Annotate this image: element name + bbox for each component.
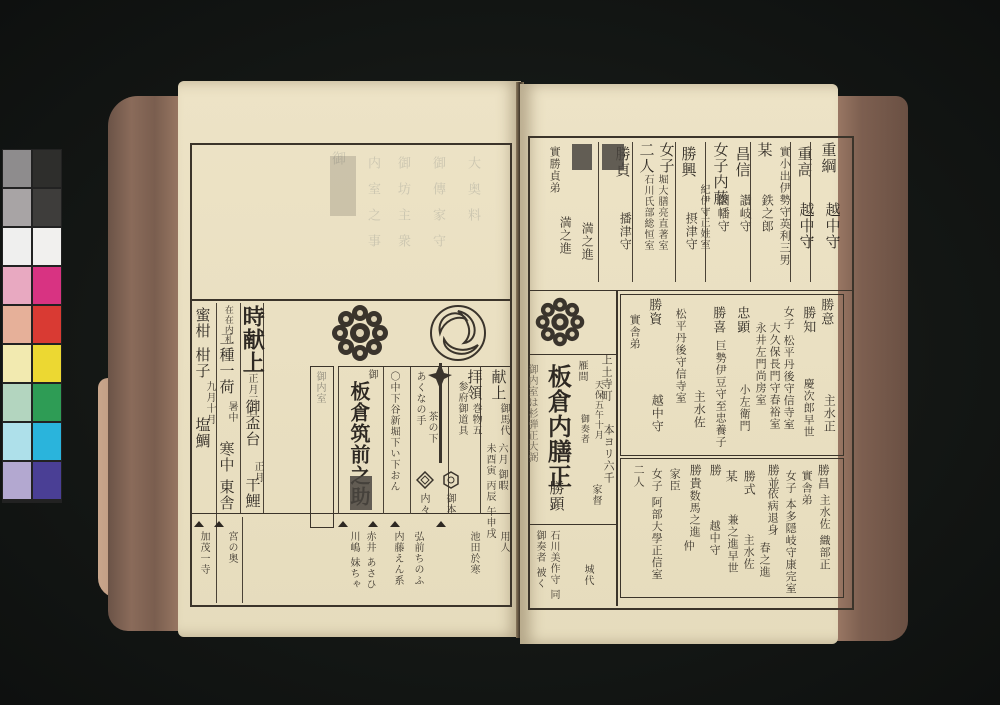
residence-note: 〇中下谷新堀下い下おん — [388, 371, 399, 492]
genealogy-title: 越中守 — [708, 520, 720, 556]
genealogy-note: 實舎弟 — [800, 470, 812, 506]
genealogy-title: 越中守 — [650, 394, 663, 433]
right-page: 重綱 越中守 重高 越中守 實小出伊勢守英利三男 某 鉄之郎 昌信 讃岐守 女子… — [520, 84, 838, 644]
rank-label: 雁間 — [576, 360, 587, 382]
genealogy-title: 越中守 — [824, 202, 841, 250]
color-swatch — [33, 384, 61, 421]
left-header-divider — [190, 299, 512, 301]
genealogy-heading: 勝知 — [800, 306, 814, 334]
color-swatch — [33, 462, 61, 499]
genealogy-note: 家臣 — [668, 468, 680, 492]
genealogy-note: 紀伊守正姓室 — [698, 184, 709, 250]
bleed-through-text: 内 室 之 事 — [363, 156, 382, 296]
genealogy-heading: 忠顕 — [734, 306, 748, 334]
offering-item: 御盃台 — [244, 399, 261, 447]
color-swatch — [33, 423, 61, 460]
calendar-note: 未酉寅 丙辰 午申戌 — [484, 443, 495, 539]
seal-stamp — [602, 144, 624, 170]
genealogy-heading: 某 — [756, 142, 773, 158]
genealogy-note: 永井左門尚房室 — [754, 322, 766, 406]
genealogy-note: 女子 本多隠岐守康完室 — [784, 470, 796, 595]
small-crest-note: 内々 — [418, 493, 429, 515]
left-fore-edge — [108, 96, 186, 631]
genealogy-note: 女子 松平丹後守信寺室 — [782, 306, 794, 431]
genealogy-title: 播津守 — [618, 212, 631, 251]
color-swatch — [33, 189, 61, 226]
color-swatch — [33, 267, 61, 304]
genealogy-heading: 勝昌 — [816, 464, 829, 490]
genealogy-heading: 勝並 — [766, 464, 779, 490]
flower-crest-icon — [534, 296, 586, 348]
offering-col-3: 蜜柑 — [194, 307, 211, 339]
hexagon-crest-icon — [442, 471, 460, 489]
bottom-entry: 池田於寒 — [468, 531, 479, 575]
genealogy-title: 満之進 — [580, 222, 593, 261]
color-calibration-strip — [2, 149, 62, 503]
genealogy-title: 仲 — [682, 540, 694, 552]
genealogy-title: 因幡守 — [716, 194, 729, 233]
bottom-entry: 赤井 あさひ — [364, 531, 375, 590]
genealogy-note: 巨勢伊豆守至忠養子 — [714, 340, 726, 448]
kenjo-items: 御馬代 — [498, 403, 509, 436]
lord-honorific: 御 — [366, 369, 377, 380]
color-swatch — [33, 345, 61, 382]
calendar-note-2: 六月 御暇 — [496, 443, 507, 491]
offering-fish: 干鯉 — [244, 477, 261, 509]
color-swatch — [3, 462, 31, 499]
kenjo-sub-items: 巻物五 — [470, 403, 481, 436]
main-lord-name: 板倉内膳正 — [544, 364, 570, 489]
inner-chamber-label: 御内室 — [314, 371, 325, 404]
genealogy-note: 堀大膳亮直著室 — [656, 174, 667, 251]
genealogy-heading: 勝貴 — [688, 464, 701, 490]
color-swatch — [3, 228, 31, 265]
tomoe-crest-icon — [428, 303, 488, 363]
kenjo-sub: 拝領 — [466, 369, 483, 401]
genealogy-note: 慶次郎早世 — [802, 378, 814, 438]
bleed-through-text: 御 坊 主 衆 — [393, 156, 412, 296]
color-swatch — [33, 150, 61, 187]
genealogy-heading: 二人 — [632, 464, 644, 488]
standard-note: 茶の下 — [426, 411, 437, 444]
offering-col-2-tail: 寒中 東舎 — [218, 441, 235, 511]
kenjo-title: 献上 — [490, 369, 507, 401]
genealogy-note: 小左衛門 — [738, 384, 750, 432]
genealogy-heading: 女子 — [658, 142, 675, 174]
genealogy-note: 数馬之進 — [688, 490, 700, 538]
genealogy-note: 主水佐 織部正 — [818, 494, 830, 571]
color-swatch — [3, 150, 31, 187]
color-swatch — [33, 306, 61, 343]
genealogy-note: 實勝貞弟 — [548, 146, 560, 194]
color-swatch — [3, 345, 31, 382]
flower-crest-icon — [330, 303, 390, 363]
genealogy-note: 依病退身 — [766, 488, 778, 536]
residence-label: あくなの手 — [414, 371, 425, 426]
genealogy-note: 大久保長門守春裕室 — [768, 322, 780, 430]
open-book: 御 内 室 之 事 御 坊 主 衆 御 傳 家 守 大 奥 料 時献上 正月三日… — [108, 78, 908, 638]
seal-stamp — [572, 144, 592, 170]
bottom-entry: 弘前ちのふ — [412, 531, 423, 586]
genealogy-heading: 勝意 — [818, 298, 832, 326]
color-swatch — [3, 189, 31, 226]
genealogy-title: 摂津守 — [684, 212, 697, 251]
bleed-through-text: 大 奥 料 — [463, 156, 482, 296]
color-swatch — [33, 228, 61, 265]
genealogy-heading: 二人 — [638, 142, 655, 174]
bleed-through-stamp — [330, 156, 356, 216]
genealogy-note: 實小出伊勢守英利三男 — [778, 146, 790, 266]
stipend: 本ヨリ六千 — [602, 424, 614, 484]
genealogy-note: 實舎弟 — [628, 314, 640, 350]
color-swatch — [3, 423, 31, 460]
appointment-note: 御奏者 — [578, 414, 588, 444]
genealogy-title: 主水佐 — [742, 534, 754, 570]
genealogy-note: 女子 阿部大學正信室 — [650, 468, 662, 581]
genealogy-heading: 某 — [724, 470, 737, 483]
bottom-note-2: 御奏者 被く — [534, 530, 545, 589]
bottom-entry: 川嶋 妹ちゃ — [348, 531, 359, 590]
genealogy-title: 鉄之郎 — [760, 194, 773, 233]
offering-col-2-note: 暑中 — [226, 401, 237, 423]
seal-stamp — [350, 476, 372, 510]
small-crest-note: 御本 — [444, 493, 455, 515]
main-lord-given-name: 勝顕 — [548, 480, 565, 512]
bottom-note: 石川美作守 同 — [548, 530, 559, 600]
offering-col-2: 二種一荷 — [218, 331, 235, 395]
bottom-entry: 加茂一寺 — [198, 531, 209, 575]
wife-note: 御内室は杉弾正大弼 — [526, 364, 537, 463]
castle-warden: 城代 — [582, 564, 593, 586]
left-page: 御 内 室 之 事 御 坊 主 衆 御 傳 家 守 大 奥 料 時献上 正月三日… — [178, 81, 521, 637]
genealogy-heading: 勝喜 — [710, 306, 724, 334]
genealogy-title: 主水正 — [822, 394, 835, 433]
genealogy-heading: 重綱 — [820, 142, 837, 174]
offering-title: 時献上 — [240, 305, 264, 374]
genealogy-heading: 勝式 — [742, 470, 755, 496]
genealogy-heading: 勝資 — [646, 298, 660, 326]
color-swatch — [3, 384, 31, 421]
bottom-entry: 内藤えん系 — [392, 531, 403, 586]
color-swatch — [3, 267, 31, 304]
genealogy-note: 石川氏部総恒室 — [642, 174, 653, 251]
genealogy-title: 兼之進早世 — [726, 514, 738, 574]
bottom-small: 用人 — [498, 531, 509, 553]
inheritance-note: 家督 — [590, 484, 601, 506]
offering-col-3b: 柑子 — [194, 347, 211, 379]
genealogy-title: 満之進 — [558, 216, 571, 255]
bleed-through-text: 御 傳 家 守 — [428, 156, 447, 296]
genealogy-note: 松平丹後守信寺室 — [674, 308, 686, 404]
residence: 上土寺町 — [600, 354, 612, 402]
offering-col-3-tail: 塩鯛 — [194, 417, 211, 449]
genealogy-title: 越中守 — [798, 202, 815, 250]
bottom-entry: 宮の奥 — [226, 531, 237, 564]
genealogy-heading: 昌信 — [734, 146, 751, 178]
color-swatch — [3, 306, 31, 343]
genealogy-heading: 勝興 — [680, 146, 697, 178]
genealogy-heading: 勝 — [708, 464, 721, 477]
genealogy-title: 主水佐 — [692, 390, 705, 429]
genealogy-title: 春之進 — [758, 542, 770, 578]
diamond-crest-icon — [416, 471, 434, 489]
